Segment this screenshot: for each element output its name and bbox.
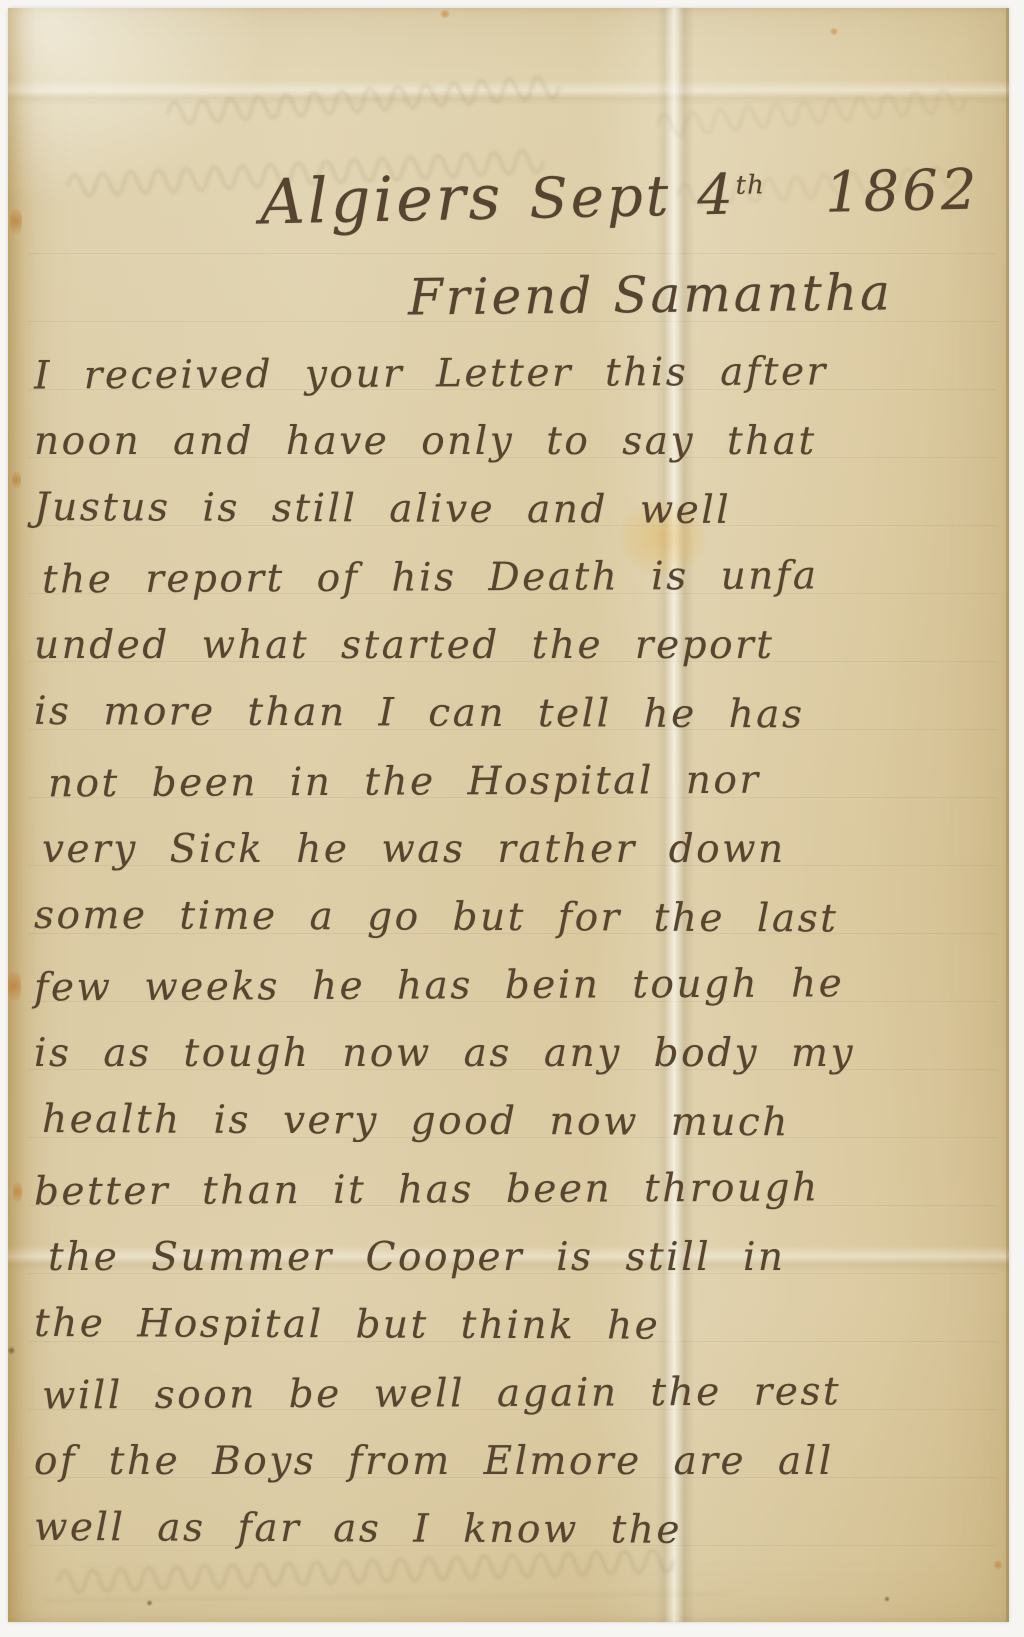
- left-edge-stain-band: [8, 8, 36, 1622]
- horizontal-crease-top: [8, 80, 1009, 106]
- letter-line: very Sick he was rather down: [34, 816, 989, 884]
- letter-line: is as tough now as any body my: [34, 1020, 989, 1088]
- dateline-year: 1862: [824, 157, 980, 225]
- letter-body: I received your Letter this after noon a…: [34, 340, 989, 1564]
- letter-line: noon and have only to say that: [34, 408, 989, 476]
- right-paper-edge: [1006, 8, 1009, 1622]
- dateline-place: Algiers: [259, 160, 504, 238]
- letter-dateline: Algiers Sept 4th 1862: [259, 150, 980, 238]
- letter-line: better than it has been through: [34, 1154, 989, 1227]
- scanned-letter: Algiers Sept 4th 1862 Friend Samantha I …: [0, 0, 1024, 1637]
- letter-line: unded what started the report: [34, 612, 989, 680]
- letter-line: well as far as I know the: [34, 1494, 989, 1566]
- ink-speck: [884, 1596, 890, 1602]
- letter-line: the report of his Death is unfa: [34, 542, 989, 615]
- ink-speck: [146, 1600, 153, 1606]
- letter-line: is more than I can tell he has: [34, 678, 989, 750]
- rust-spot: [994, 1560, 1002, 1570]
- letter-line: not been in the Hospital nor: [34, 746, 989, 819]
- rust-spot: [830, 28, 838, 35]
- letter-line: health is very good now much: [34, 1086, 989, 1158]
- letter-line: the Hospital but think he: [34, 1290, 989, 1362]
- letter-line: the Summer Cooper is still in: [34, 1224, 989, 1292]
- rust-spot: [440, 10, 450, 18]
- paper-page: Algiers Sept 4th 1862 Friend Samantha I …: [8, 8, 1009, 1622]
- letter-line: Justus is still alive and well: [34, 474, 989, 546]
- salutation: Friend Samantha: [408, 263, 893, 326]
- dateline-day-suffix: th: [735, 170, 765, 201]
- corner-highlight: [8, 8, 268, 208]
- letter-line: will soon be well again the rest: [34, 1358, 989, 1431]
- dateline-month: Sept: [529, 164, 672, 232]
- letter-line: I received your Letter this after: [34, 338, 989, 411]
- letter-line: few weeks he has bein tough he: [34, 950, 989, 1023]
- letter-line: some time a go but for the last: [34, 882, 989, 954]
- dateline-day: 4th: [697, 162, 766, 228]
- letter-line: of the Boys from Elmore are all: [34, 1428, 989, 1496]
